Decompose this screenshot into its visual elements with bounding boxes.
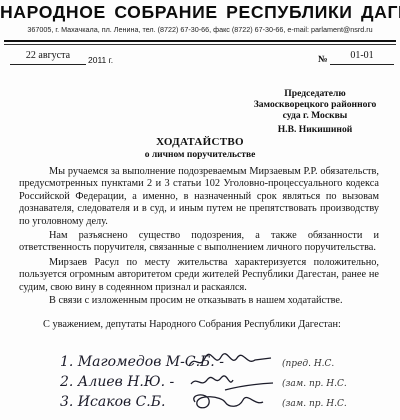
letter-page: НАРОДНОЕ СОБРАНИЕ РЕСПУБЛИКИ ДАГЕСТАН 36… (0, 0, 400, 420)
number-sign: № (318, 55, 328, 65)
addressee-line: Председателю (240, 88, 390, 99)
handwritten-signature-icon (185, 372, 275, 392)
letter-year: 2011 г. (88, 55, 113, 65)
body-paragraph: Нам разъяснено существо подозрения, а та… (19, 230, 379, 255)
closing-line: С уважением, депутаты Народного Собрания… (19, 319, 379, 331)
signer-name: 1. Магомедов М-С.Б. - (60, 352, 185, 372)
signature-row: 1. Магомедов М-С.Б. - (пред. Н.С. (60, 352, 400, 372)
signer-position: (зам. пр. Н.С. (282, 374, 347, 394)
signature-list: 1. Магомедов М-С.Б. - (пред. Н.С. 2. Али… (60, 352, 400, 412)
document-body: Мы ручаемся за выполнение подозреваемым … (19, 166, 379, 334)
signer-position: (пред. Н.С. (282, 354, 334, 374)
organization-address: 367005, г. Махачкала, пл. Ленина, тел. (… (0, 25, 400, 34)
body-paragraph: В связи с изложенным просим не отказыват… (19, 295, 379, 307)
handwritten-signature-icon (185, 352, 275, 372)
signer-name: 3. Исаков С.Б. (60, 392, 185, 412)
signer-position: (зам. пр. Н.С. (282, 394, 347, 414)
body-paragraph: Мирзаев Расул по месту жительства характ… (19, 257, 379, 294)
addressee-block: Председателю Замоскворецкого районного с… (240, 88, 390, 135)
document-title: ХОДАТАЙСТВО (0, 136, 400, 148)
signer-name: 2. Алиев Н.Ю. - (60, 372, 185, 392)
addressee-name: Н.В. Никишиной (240, 124, 390, 135)
signature-row: 2. Алиев Н.Ю. - (зам. пр. Н.С. (60, 372, 400, 392)
header-rule-thick (4, 40, 396, 42)
handwritten-signature-icon (185, 392, 275, 412)
letter-date: 22 августа (10, 50, 86, 65)
addressee-line: Замоскворецкого районного (240, 99, 390, 110)
organization-header: НАРОДНОЕ СОБРАНИЕ РЕСПУБЛИКИ ДАГЕСТАН (0, 2, 400, 23)
document-subtitle: о личном поручительстве (0, 150, 400, 160)
header-rule-thin (4, 44, 396, 45)
addressee-line: суда г. Москвы (240, 110, 390, 121)
signature-row: 3. Исаков С.Б. (зам. пр. Н.С. (60, 392, 400, 412)
body-paragraph: Мы ручаемся за выполнение подозреваемым … (19, 166, 379, 228)
letter-number: 01-01 (330, 50, 394, 65)
